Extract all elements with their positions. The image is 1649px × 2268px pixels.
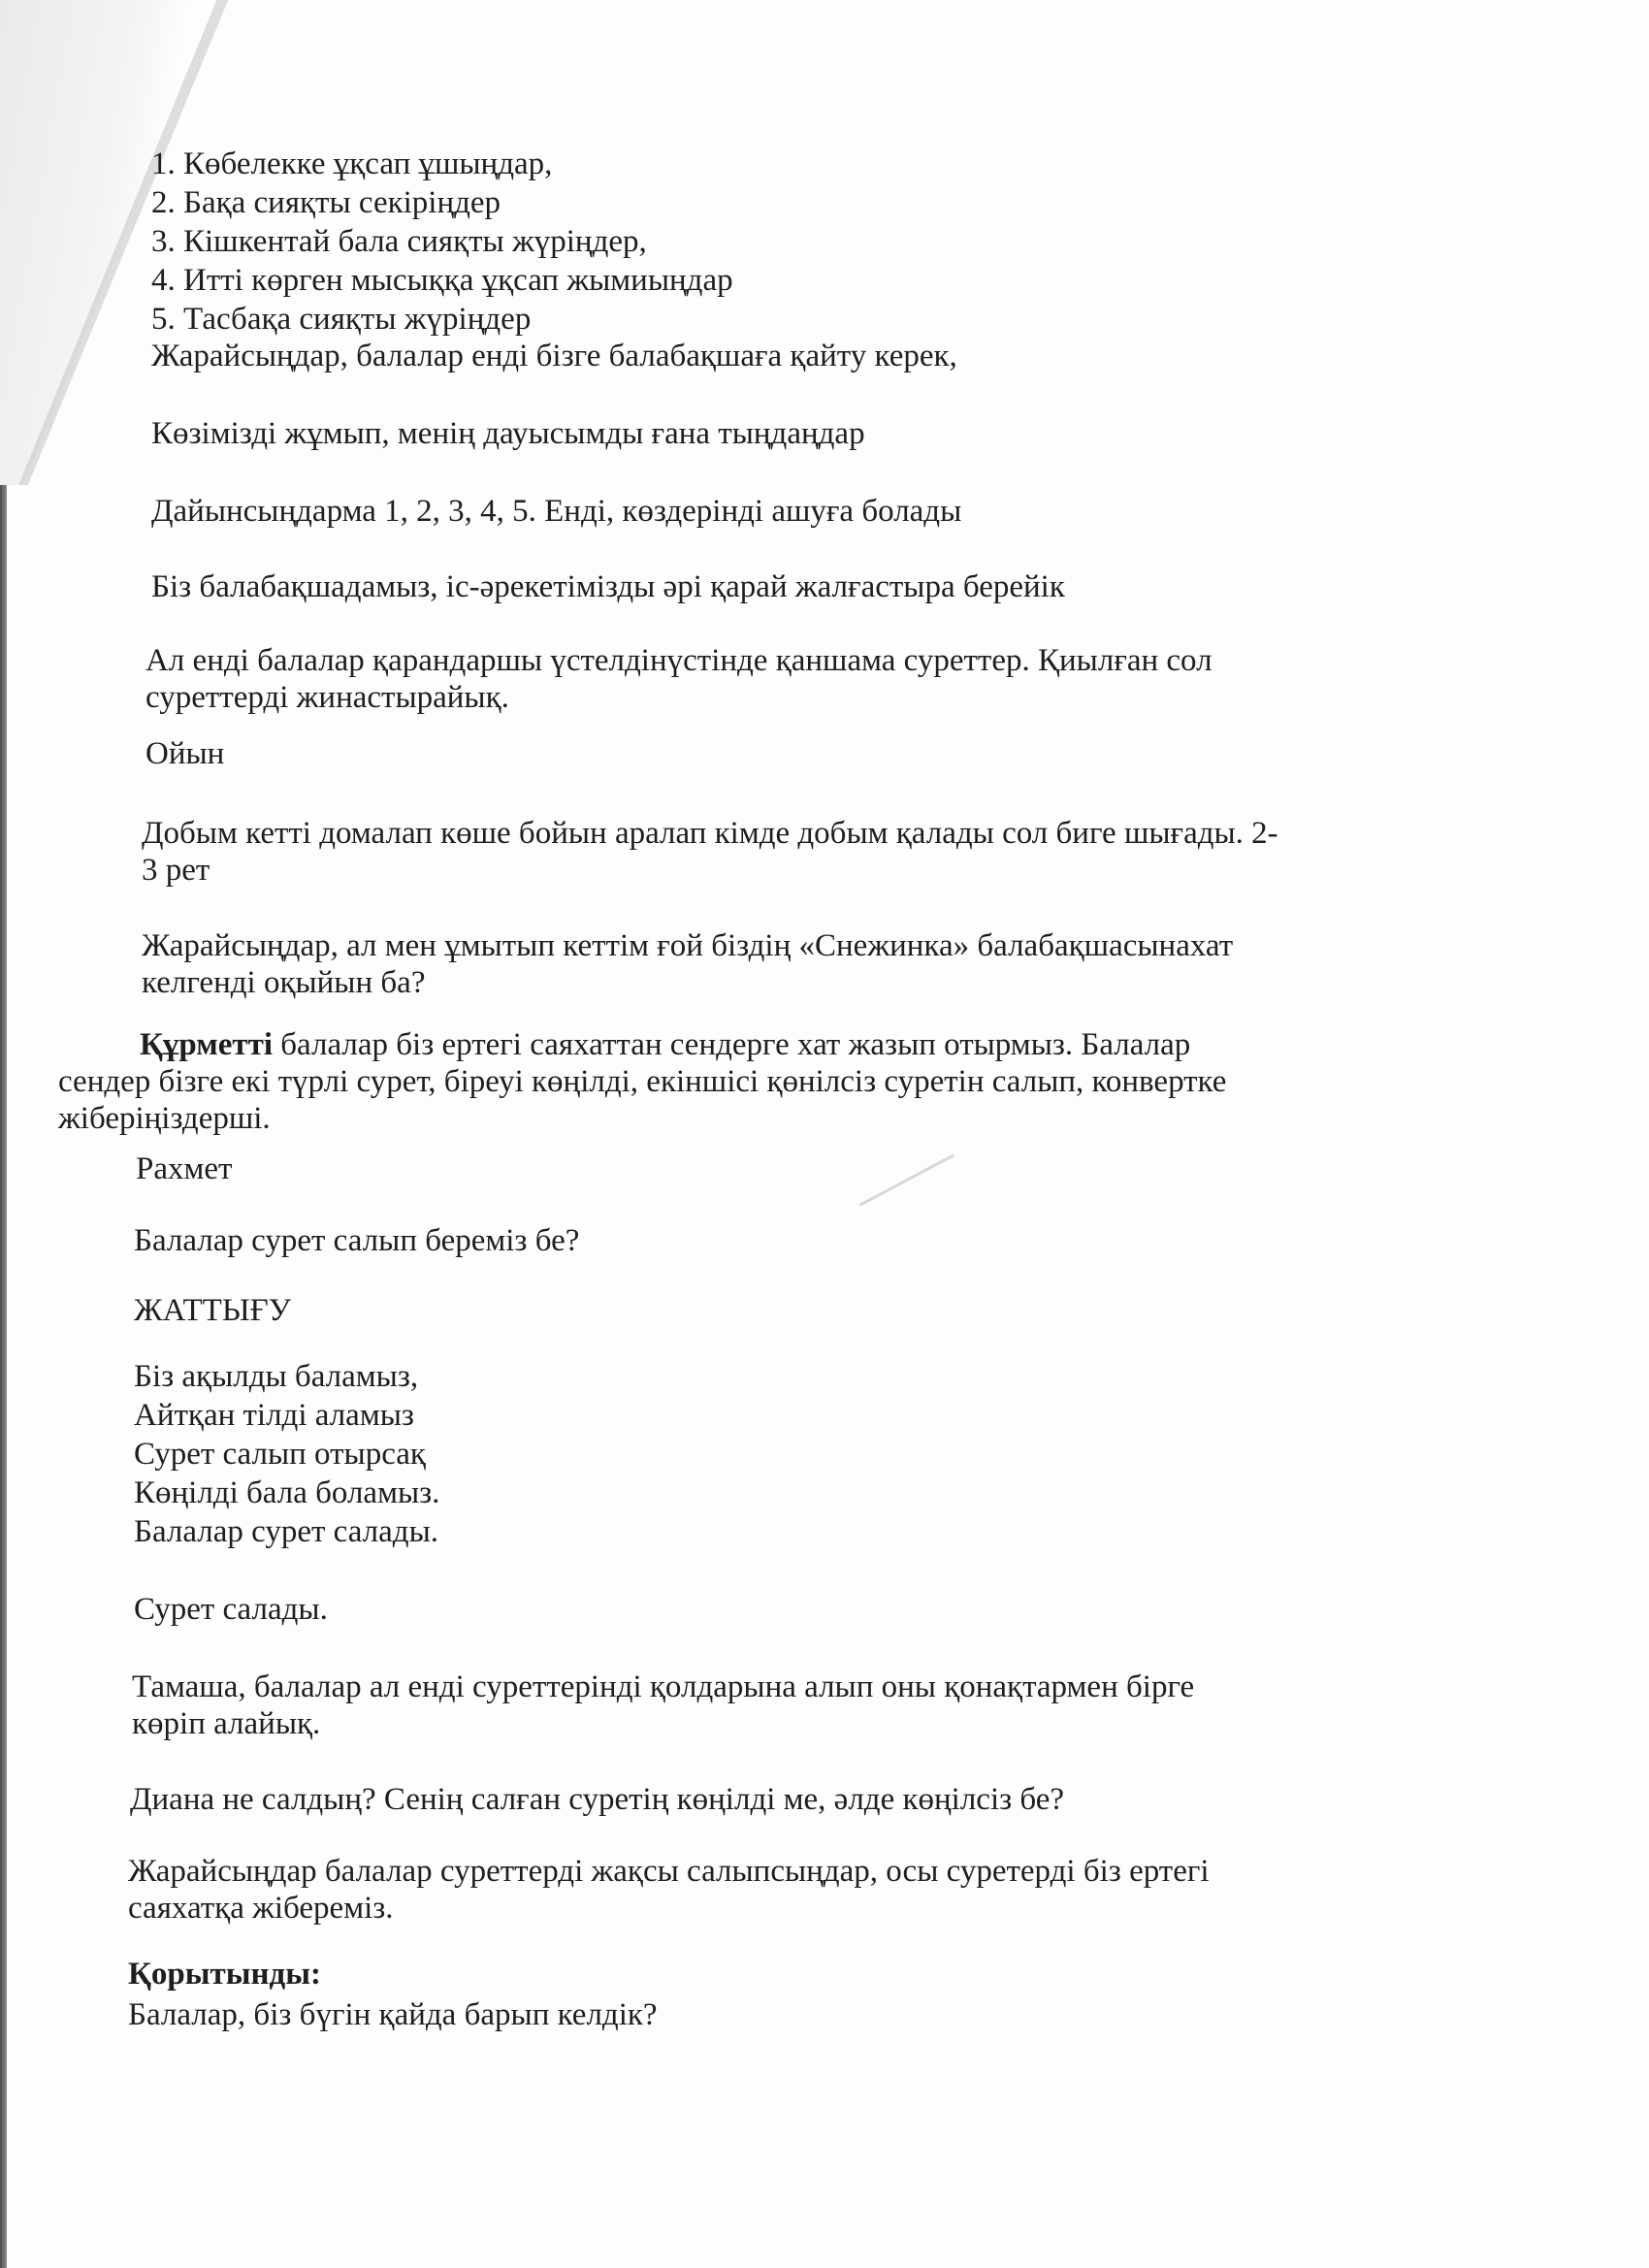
exercise-label: ЖАТТЫҒУ [134, 1292, 291, 1329]
paragraph: Көзімізді жұмып, менің дауысымды ғана ты… [151, 415, 865, 452]
paragraph: суреттерді жинастырайық. [145, 679, 509, 716]
letter-line: сендер бізге екі түрлі сурет, біреуі көң… [58, 1063, 1226, 1100]
paragraph: Балалар сурет салып береміз бе? [134, 1222, 579, 1259]
paragraph: Жарайсыңдар, ал мен ұмытып кеттім ғой бі… [142, 927, 1233, 964]
paragraph: Сурет салады. [134, 1591, 328, 1628]
paragraph: Диана не салдың? Сенің салған суретің кө… [130, 1781, 1064, 1818]
letter-line: жіберіңіздерші. [58, 1100, 271, 1137]
poem-line: Біз ақылды баламыз, [134, 1358, 418, 1395]
paragraph: Дайынсыңдарма 1, 2, 3, 4, 5. Енді, көзде… [151, 493, 961, 530]
conclusion-text: Балалар, біз бүгін қайда барып келдік? [128, 1996, 658, 2033]
conclusion-heading: Қорытынды: [128, 1956, 321, 1993]
paragraph: келгенді оқыйын ба? [142, 964, 425, 1001]
poem-line: Сурет салып отырсақ [134, 1436, 426, 1473]
paragraph: Ал енді балалар қарандаршы үстелдінүстін… [145, 642, 1212, 679]
letter-salutation: Құрметті [140, 1027, 273, 1062]
list-item: 3. Кішкентай бала сияқты жүріңдер, [151, 223, 647, 260]
poem-line: Айтқан тілді аламыз [134, 1397, 414, 1434]
letter-line: Құрметті балалар біз ертегі саяхаттан се… [140, 1026, 1190, 1063]
paragraph: көріп алайық. [132, 1705, 320, 1742]
paragraph: Жарайсыңдар, балалар енді бізге балабақш… [151, 338, 957, 374]
scan-artifact [859, 1153, 955, 1206]
letter-closing: Рахмет [136, 1150, 232, 1187]
poem-line: Балалар сурет салады. [134, 1513, 438, 1550]
poem-line: Көңілді бала боламыз. [134, 1474, 439, 1511]
paragraph: Жарайсыңдар балалар суреттерді жақсы сал… [128, 1853, 1210, 1890]
paragraph: Добым кетті домалап көше бойын аралап кі… [142, 815, 1278, 852]
list-item: 2. Бақа сияқты секіріңдер [151, 184, 501, 221]
list-item: 5. Тасбақа сияқты жүріңдер [151, 301, 531, 338]
paragraph: Біз балабақшадамыз, іс-әрекетімізды әрі … [151, 568, 1065, 605]
list-item: 1. Көбелекке ұқсап ұшыңдар, [151, 146, 552, 182]
game-label: Ойын [145, 735, 224, 772]
paragraph: Тамаша, балалар ал енді суреттерінді қол… [132, 1669, 1194, 1705]
list-item: 4. Итті көрген мысыққа ұқсап жымиыңдар [151, 262, 733, 299]
paragraph: 3 рет [142, 852, 210, 889]
paragraph: саяхатқа жібереміз. [128, 1890, 394, 1927]
